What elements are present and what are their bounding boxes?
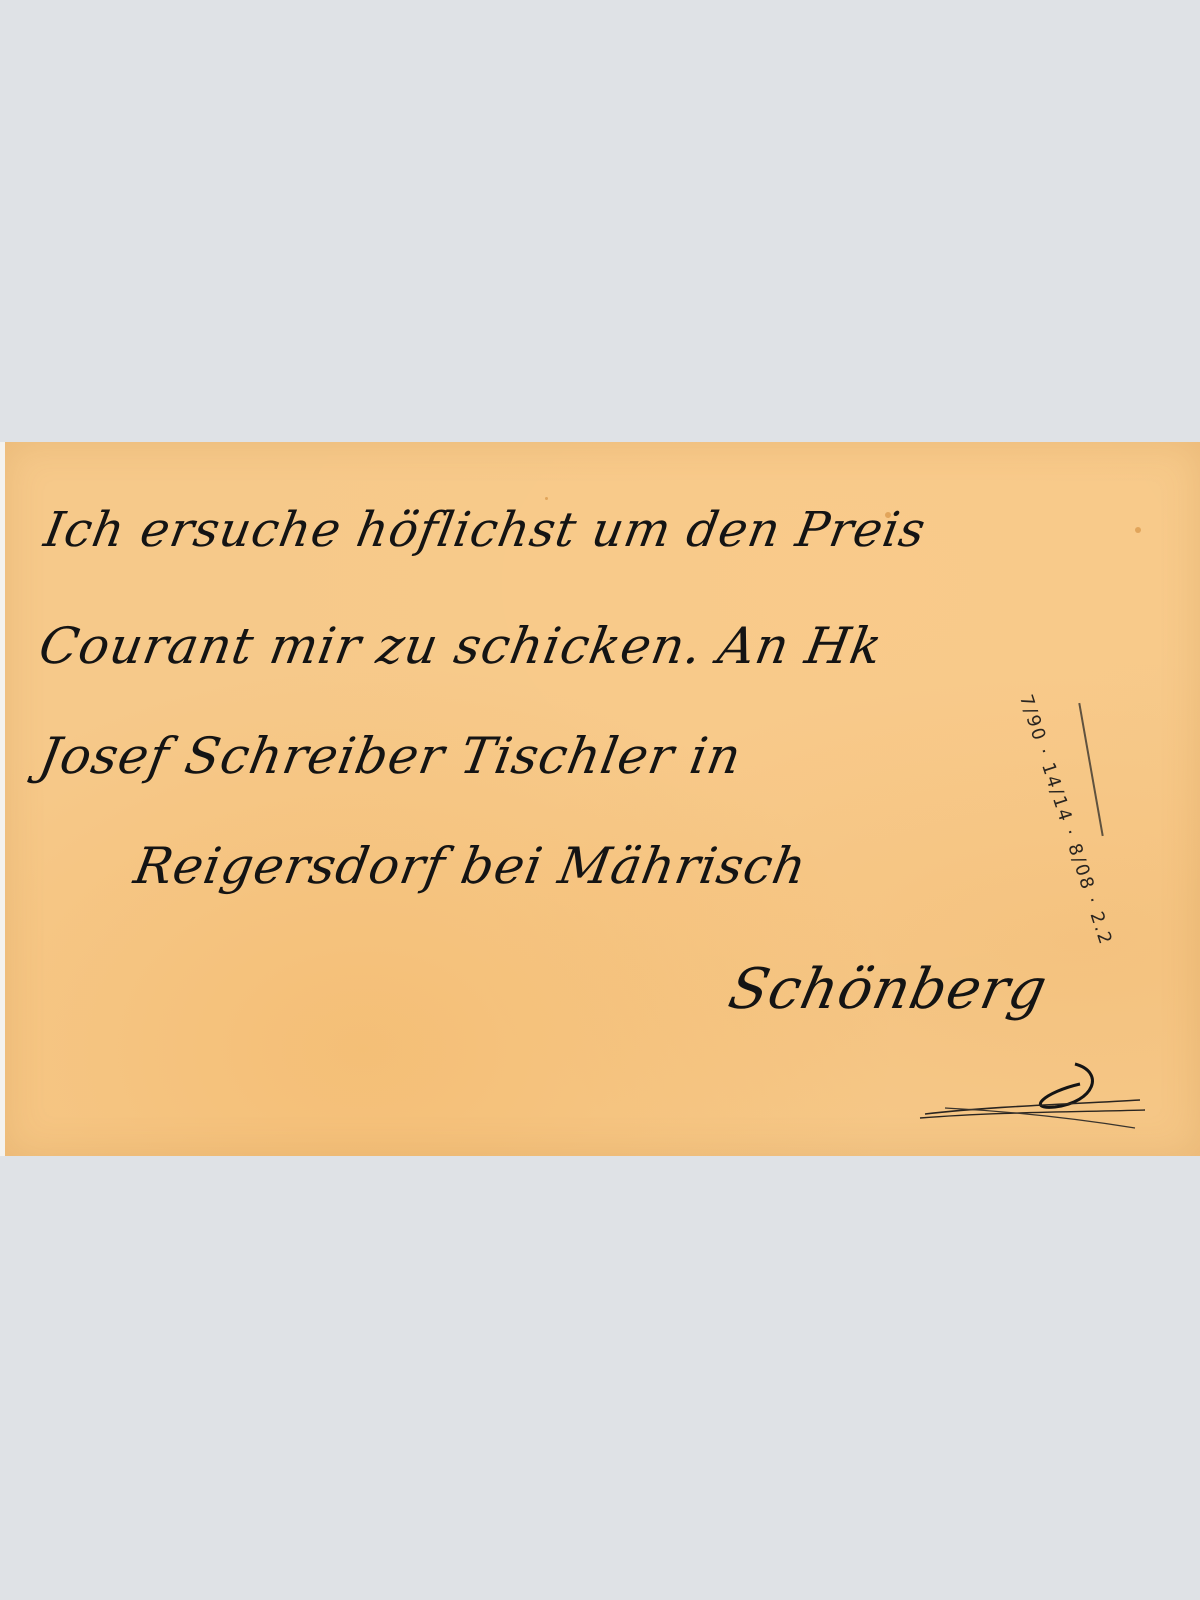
signature: Schönberg <box>723 957 1053 1022</box>
paper-speck <box>545 497 548 500</box>
handwritten-line-3: Josef Schreiber Tischler in <box>35 727 746 785</box>
signature-flourish <box>905 1062 1165 1132</box>
handwritten-line-1: Ich ersuche höflichst um den Preis <box>40 502 930 558</box>
handwritten-line-4: Reigersdorf bei Mährisch <box>130 837 811 895</box>
pencil-divider-line <box>1078 703 1103 836</box>
postcard: Ich ersuche höflichst um den Preis Coura… <box>5 442 1200 1156</box>
handwritten-line-2: Courant mir zu schicken. An Hk <box>35 617 887 675</box>
paper-speck <box>1135 527 1141 533</box>
